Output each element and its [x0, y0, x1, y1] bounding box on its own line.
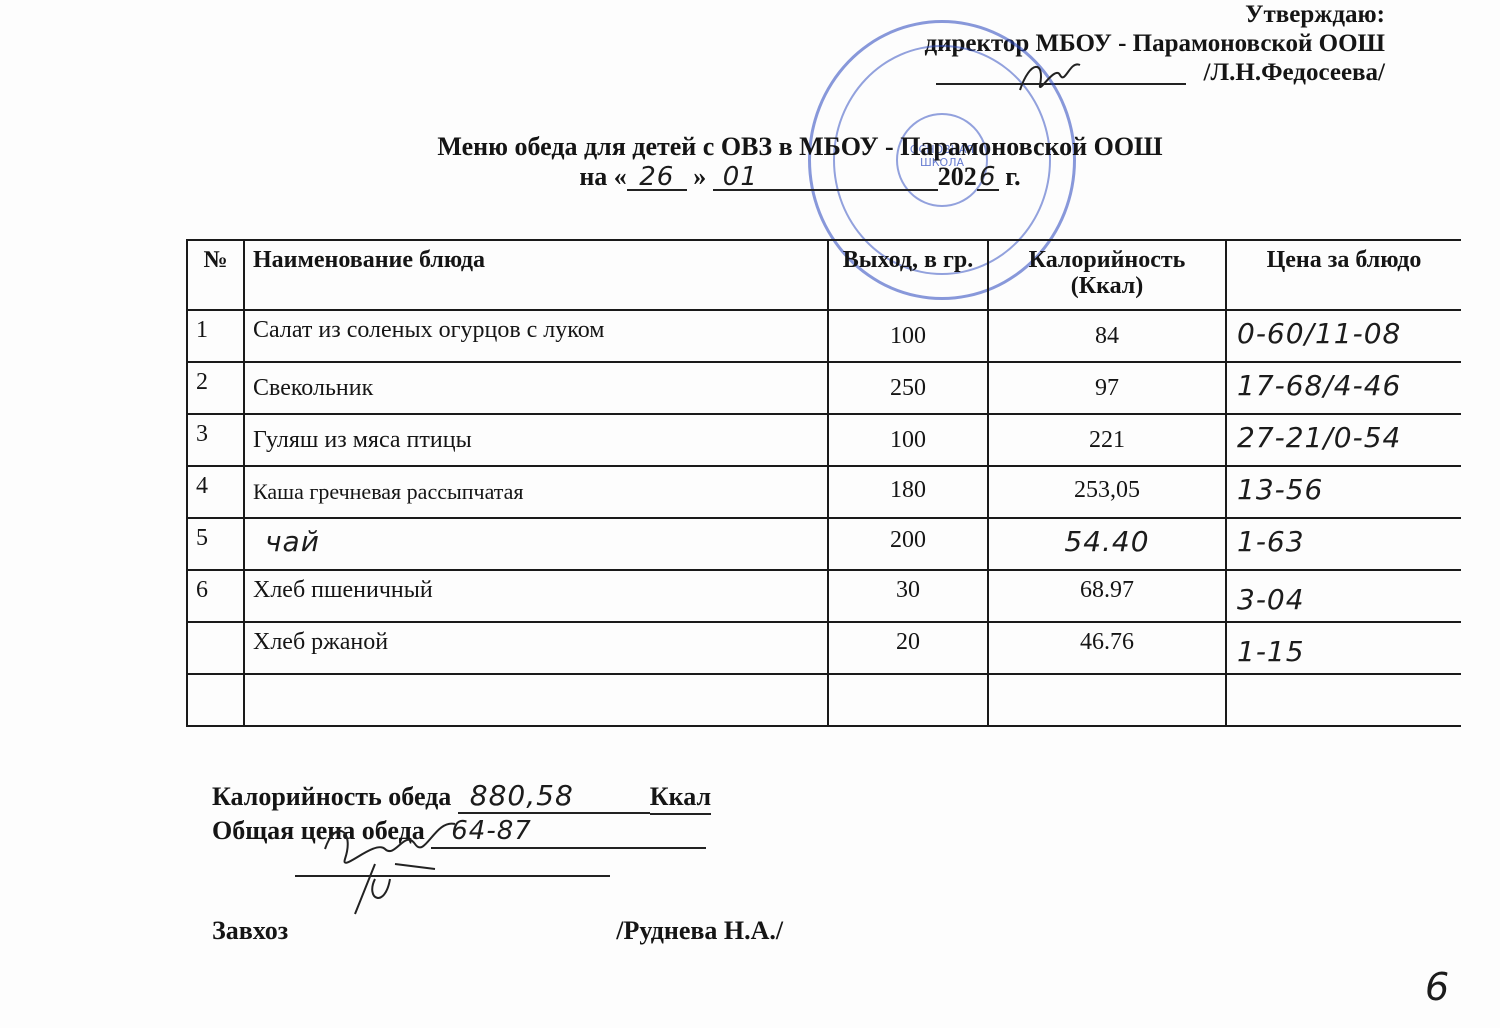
director-signature-icon — [1010, 55, 1090, 100]
row-no: 3 — [188, 415, 243, 448]
director-name: /Л.Н.Федосеева/ — [1204, 59, 1385, 86]
approval-heading: Утверждаю: — [924, 0, 1385, 29]
row-no: 6 — [188, 571, 243, 604]
manager-row: Завхоз /Руднева Н.А./ — [212, 849, 783, 947]
manager-label: Завхоз — [212, 916, 288, 945]
table-header-row: № Наименование блюда Выход, в гр. Калори… — [187, 240, 1461, 310]
page-number: 6 — [1425, 965, 1450, 1009]
row-output: 250 — [829, 363, 987, 402]
total-calories-label: Калорийность обеда — [212, 782, 451, 811]
row-calories: 97 — [989, 363, 1225, 402]
row-calories: 68.97 — [989, 571, 1225, 604]
row-price: 1-15 — [1227, 623, 1461, 668]
row-price: 3-04 — [1227, 571, 1461, 616]
title-date: на «26 » 012026 г. — [300, 162, 1300, 192]
manager-signature-line — [295, 849, 610, 877]
row-output: 100 — [829, 311, 987, 350]
date-day: 26 — [627, 165, 687, 191]
signature-icon — [315, 819, 475, 909]
row-output: 30 — [829, 571, 987, 604]
total-calories-value: 880,58 — [458, 780, 650, 814]
row-no: 1 — [188, 311, 243, 344]
manager-name: /Руднева Н.А./ — [616, 916, 783, 945]
header-name: Наименование блюда — [245, 241, 827, 274]
total-price-row: Общая цена обеда 64-87 — [212, 815, 783, 849]
header-price: Цена за блюдо — [1227, 241, 1461, 274]
row-output: 20 — [829, 623, 987, 656]
row-calories: 221 — [989, 415, 1225, 454]
table-row: 3 Гуляш из мяса птицы 100 221 27-21/0-54 — [187, 414, 1461, 466]
menu-table: № Наименование блюда Выход, в гр. Калори… — [186, 239, 1461, 727]
row-no: 2 — [188, 363, 243, 396]
row-name: Каша гречневая рассыпчатая — [245, 467, 827, 505]
header-no: № — [188, 241, 243, 274]
row-output: 180 — [829, 467, 987, 504]
row-price: 17-68/4-46 — [1227, 363, 1461, 402]
row-price: 1-63 — [1227, 519, 1461, 558]
row-no — [188, 623, 243, 629]
header-output: Выход, в гр. — [829, 241, 987, 273]
table-row: 2 Свекольник 250 97 17-68/4-46 — [187, 362, 1461, 414]
row-name: Свекольник — [245, 363, 827, 402]
table-row: 5 чай 200 54.40 1-63 — [187, 518, 1461, 570]
table-row: 4 Каша гречневая рассыпчатая 180 253,05 … — [187, 466, 1461, 518]
row-calories: 46.76 — [989, 623, 1225, 656]
row-calories: 253,05 — [989, 467, 1225, 504]
row-calories: 84 — [989, 311, 1225, 350]
summary-block: Калорийность обеда 880,58Ккал Общая цена… — [212, 780, 783, 947]
row-name: чай — [245, 519, 827, 558]
row-output: 200 — [829, 519, 987, 554]
menu-title: Меню обеда для детей с ОВЗ в МБОУ - Пара… — [300, 132, 1300, 192]
row-calories: 54.40 — [989, 519, 1225, 558]
row-name: Гуляш из мяса птицы — [245, 415, 827, 454]
row-name: Хлеб ржаной — [245, 623, 827, 656]
total-calories-row: Калорийность обеда 880,58Ккал — [212, 780, 783, 815]
row-price: 27-21/0-54 — [1227, 415, 1461, 454]
row-price: 13-56 — [1227, 467, 1461, 506]
table-row: 6 Хлеб пшеничный 30 68.97 3-04 — [187, 570, 1461, 622]
date-year-digit: 6 — [977, 165, 999, 191]
date-month: 01 — [713, 165, 938, 191]
table-row-empty — [187, 674, 1461, 726]
row-no: 4 — [188, 467, 243, 500]
total-calories-unit: Ккал — [650, 781, 711, 815]
row-price: 0-60/11-08 — [1227, 311, 1461, 350]
row-output: 100 — [829, 415, 987, 454]
row-name: Салат из соленых огурцов с луком — [245, 311, 827, 344]
title-line: Меню обеда для детей с ОВЗ в МБОУ - Пара… — [300, 132, 1300, 162]
row-no: 5 — [188, 519, 243, 552]
row-name: Хлеб пшеничный — [245, 571, 827, 604]
table-row: Хлеб ржаной 20 46.76 1-15 — [187, 622, 1461, 674]
table-row: 1 Салат из соленых огурцов с луком 100 8… — [187, 310, 1461, 362]
header-calories: Калорийность (Ккал) — [989, 241, 1225, 299]
